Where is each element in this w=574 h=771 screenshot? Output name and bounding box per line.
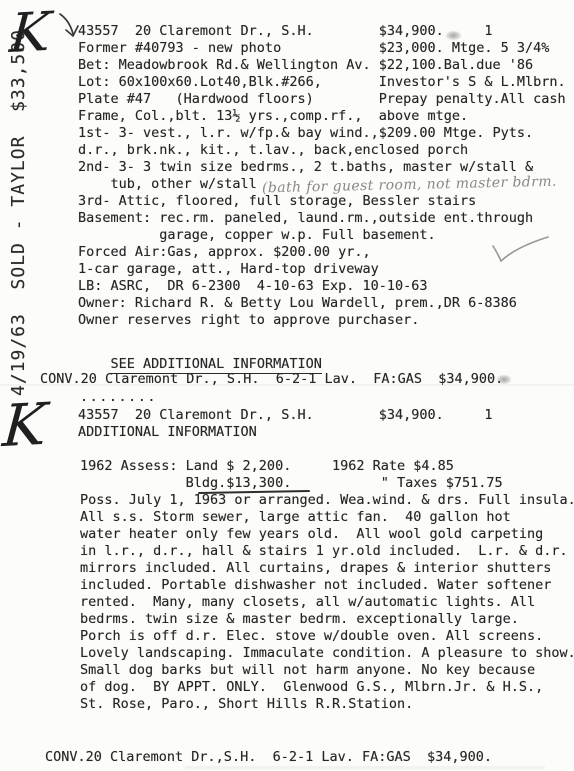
- typed-line: garage, copper w.p. Full basement.: [78, 227, 566, 244]
- typed-line: 1962 Assess: Land $ 2,200. 1962 Rate $4.…: [80, 458, 503, 475]
- ink-smudge: [497, 375, 511, 384]
- typed-dots-line: ........: [80, 389, 157, 406]
- margin-sold-note: 4/19/63 SOLD - TAYLOR $33,500: [8, 29, 29, 396]
- typed-line: St. Rose, Paro., Short Hills R.R.Station…: [80, 696, 574, 713]
- typed-line: All s.s. Storm sewer, large attic fan. 4…: [80, 509, 574, 526]
- typed-line: Porch is off d.r. Elec. stove w/double o…: [80, 628, 574, 645]
- typed-line: Poss. July 1, 1963 or arranged. Wea.wind…: [80, 492, 574, 509]
- typed-line: mirrors included. All curtains, drapes &…: [80, 560, 574, 577]
- typed-line: rented. Many, many closets, all w/automa…: [80, 594, 574, 611]
- typed-line: Bet: Meadowbrook Rd.& Wellington Av. $22…: [78, 57, 566, 74]
- typed-line: Lovely landscaping. Immaculate condition…: [80, 645, 574, 662]
- typed-line: Frame, Col.,blt. 13½ yrs.,comp.rf., abov…: [78, 108, 566, 125]
- typed-line: Basement: rec.rm. paneled, laund.rm.,out…: [78, 210, 566, 227]
- typed-line: ADDITIONAL INFORMATION: [78, 424, 493, 441]
- typed-line: in l.r., d.r., hall & stairs 1 yr.old in…: [80, 543, 574, 560]
- typed-line: Small dog barks but will not harm anyone…: [80, 662, 574, 679]
- typed-line: 43557 20 Claremont Dr., S.H. $34,900. 1: [78, 23, 566, 40]
- typed-line: 1-car garage, att., Hard-top driveway: [78, 261, 566, 278]
- ink-smudge: [446, 31, 461, 40]
- additional-info-paragraph: Poss. July 1, 1963 or arranged. Wea.wind…: [80, 492, 574, 713]
- typed-line: 1st- 3- vest., l.r. w/fp.& bay wind.,$20…: [78, 125, 566, 142]
- assessment-block: 1962 Assess: Land $ 2,200. 1962 Rate $4.…: [80, 458, 503, 492]
- typed-line: Former #40793 - new photo $23,000. Mtge.…: [78, 40, 566, 57]
- additional-info-header-block: 43557 20 Claremont Dr., S.H. $34,900. 1 …: [78, 407, 493, 441]
- typed-line: 2nd- 3- 3 twin size bedrms., 2 t.baths, …: [78, 159, 566, 176]
- scan-streak: [0, 384, 574, 386]
- typed-line: Forced Air:Gas, approx. $200.00 yr.,: [78, 244, 566, 261]
- typed-line: 3rd- Attic, floored, full storage, Bessl…: [78, 193, 566, 210]
- typed-line: Owner reserves right to approve purchase…: [78, 312, 566, 329]
- typed-line: d.r., brk.nk., kit., t.lav., back,enclos…: [78, 142, 566, 159]
- typed-line: of dog. BY APPT. ONLY. Glenwood G.S., Ml…: [80, 679, 574, 696]
- conv-summary-line-bottom: CONV.20 Claremont Dr.,S.H. 6-2-1 Lav. FA…: [45, 749, 492, 766]
- typed-line: Plate #47 (Hardwood floors) Prepay penal…: [78, 91, 566, 108]
- typed-line: bedrms. twin size & master bedrm. except…: [80, 611, 574, 628]
- scan-streak: [185, 766, 545, 769]
- handwritten-k-mark-middle: K: [1, 395, 49, 455]
- typed-line: included. Portable dishwasher not includ…: [80, 577, 574, 594]
- typed-line: LB: ASRC, DR 6-2300 4-10-63 Exp. 10-10-6…: [78, 278, 566, 295]
- typed-line: 43557 20 Claremont Dr., S.H. $34,900. 1: [78, 407, 493, 424]
- typed-line: Owner: Richard R. & Betty Lou Wardell, p…: [78, 295, 566, 312]
- typed-line: Lot: 60x100x60.Lot40,Blk.#266, Investor'…: [78, 74, 566, 91]
- handwritten-k-mark-top: K: [8, 5, 52, 61]
- listing-card-page: 4/19/63 SOLD - TAYLOR $33,500 K K 43557 …: [0, 0, 574, 771]
- typed-line: water heater only few years old. All woo…: [80, 526, 574, 543]
